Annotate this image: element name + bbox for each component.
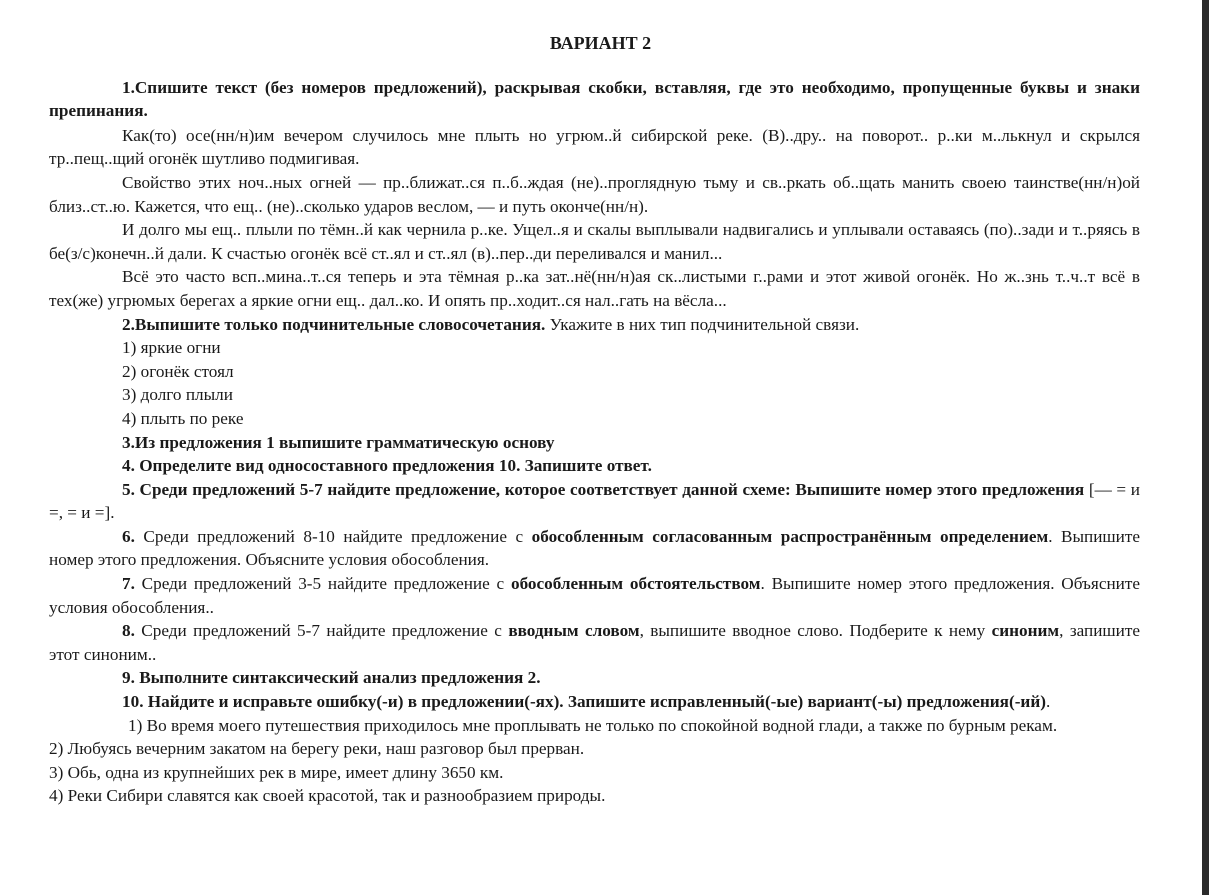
task-10-item: 4) Реки Сибири славятся как своей красот… — [49, 784, 1140, 808]
task-10-heading: 10. Найдите и исправьте ошибку(-и) в пре… — [49, 690, 1140, 714]
text-paragraph-3: И долго мы ещ.. плыли по тёмн..й как чер… — [49, 218, 1140, 265]
text-paragraph-2: Свойство этих ноч..ных огней — пр..ближа… — [49, 171, 1140, 218]
text-paragraph-1: Как(то) осе(нн/н)им вечером случилось мн… — [49, 124, 1140, 171]
task-4-heading: 4. Определите вид односоставного предлож… — [49, 454, 1140, 478]
task-5: 5. Среди предложений 5-7 найдите предлож… — [49, 478, 1140, 525]
task-8: 8. Среди предложений 5-7 найдите предлож… — [49, 619, 1140, 666]
task-9-heading: 9. Выполните синтаксический анализ предл… — [49, 666, 1140, 690]
task-10-item: 1) Во время моего путешествия приходилос… — [49, 714, 1140, 738]
window-edge — [1202, 0, 1209, 895]
text-paragraph-4: Всё это часто всп..мина..т..ся теперь и … — [49, 265, 1140, 312]
task-7: 7. Среди предложений 3-5 найдите предлож… — [49, 572, 1140, 619]
task-10-item: 3) Обь, одна из крупнейших рек в мире, и… — [49, 761, 1140, 785]
document-page: ВАРИАНТ 2 1.Спишите текст (без номеров п… — [49, 0, 1140, 808]
task-2-item: 2) огонёк стоял — [49, 360, 1140, 384]
task-1-heading: 1.Спишите текст (без номеров предложений… — [49, 76, 1140, 123]
task-6: 6. Среди предложений 8-10 найдите предло… — [49, 525, 1140, 572]
task-2-item: 4) плыть по реке — [49, 407, 1140, 431]
task-2-item: 3) долго плыли — [49, 383, 1140, 407]
task-3-heading: 3.Из предложения 1 выпишите грамматическ… — [49, 431, 1140, 455]
task-10-item: 2) Любуясь вечерним закатом на берегу ре… — [49, 737, 1140, 761]
task-2-item: 1) яркие огни — [49, 336, 1140, 360]
document-title: ВАРИАНТ 2 — [49, 32, 1140, 56]
task-2-heading: 2.Выпишите только подчинительные словосо… — [49, 313, 1140, 337]
